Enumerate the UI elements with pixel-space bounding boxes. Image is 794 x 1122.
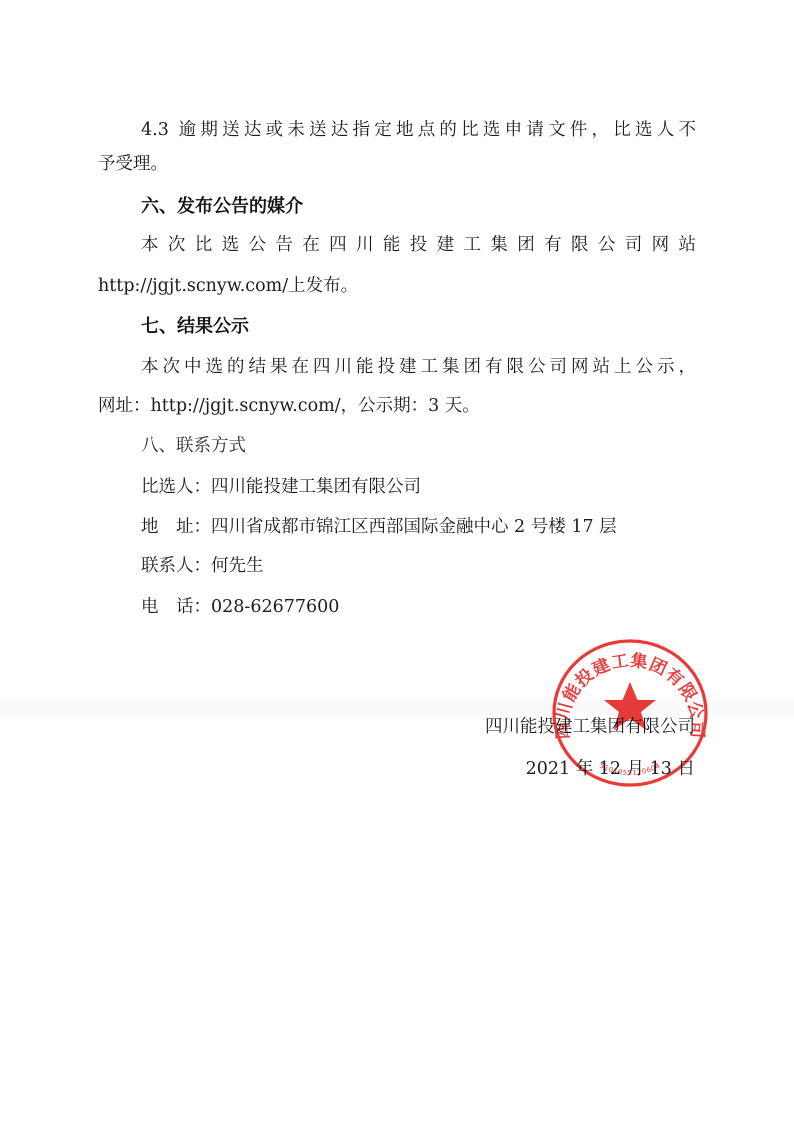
contact-person-row: 联系人：何先生 [141, 554, 264, 578]
seal-code-text: 5101055120604 [598, 762, 662, 778]
contact-phone-label: 电 话： [141, 597, 211, 617]
contact-selector-value: 四川能投建工集团有限公司 [211, 477, 421, 497]
section-6-body-line-2: http://jgjt.scnyw.com/上发布。 [98, 274, 358, 298]
contact-address-label: 地 址： [141, 517, 211, 537]
official-seal-stamp: 四川能投建工集团有限公司 5101055120604 [551, 638, 709, 788]
section-7-body-line-1: 本次中选的结果在四川能投建工集团有限公司网站上公示， [141, 355, 696, 379]
section-6-heading: 六、发布公告的媒介 [141, 195, 303, 219]
section-7-body-line-2: 网址：http://jgjt.scnyw.com/，公示期：3 天。 [98, 394, 480, 418]
document-page: 4.3 逾期送达或未送达指定地点的比选申请文件，比选人不 予受理。 六、发布公告… [0, 0, 794, 1122]
contact-address-value: 四川省成都市锦江区西部国际金融中心 2 号楼 17 层 [211, 517, 617, 537]
paragraph-4-3-line-2: 予受理。 [98, 152, 168, 176]
contact-person-label: 联系人： [141, 556, 211, 576]
contact-selector-label: 比选人： [141, 477, 211, 497]
contact-address-row: 地 址：四川省成都市锦江区西部国际金融中心 2 号楼 17 层 [141, 515, 617, 539]
contact-selector-row: 比选人：四川能投建工集团有限公司 [141, 475, 421, 499]
seal-star-icon [604, 682, 656, 730]
contact-phone-value: 028-62677600 [211, 597, 339, 617]
contact-phone-row: 电 话：028-62677600 [141, 595, 339, 619]
section-6-body-line-1: 本次比选公告在四川能投建工集团有限公司网站 [141, 233, 696, 257]
contact-person-value: 何先生 [211, 556, 264, 576]
section-8-heading: 八、联系方式 [141, 434, 246, 458]
section-7-heading: 七、结果公示 [141, 315, 249, 339]
paragraph-4-3-line-1: 4.3 逾期送达或未送达指定地点的比选申请文件，比选人不 [141, 118, 696, 142]
